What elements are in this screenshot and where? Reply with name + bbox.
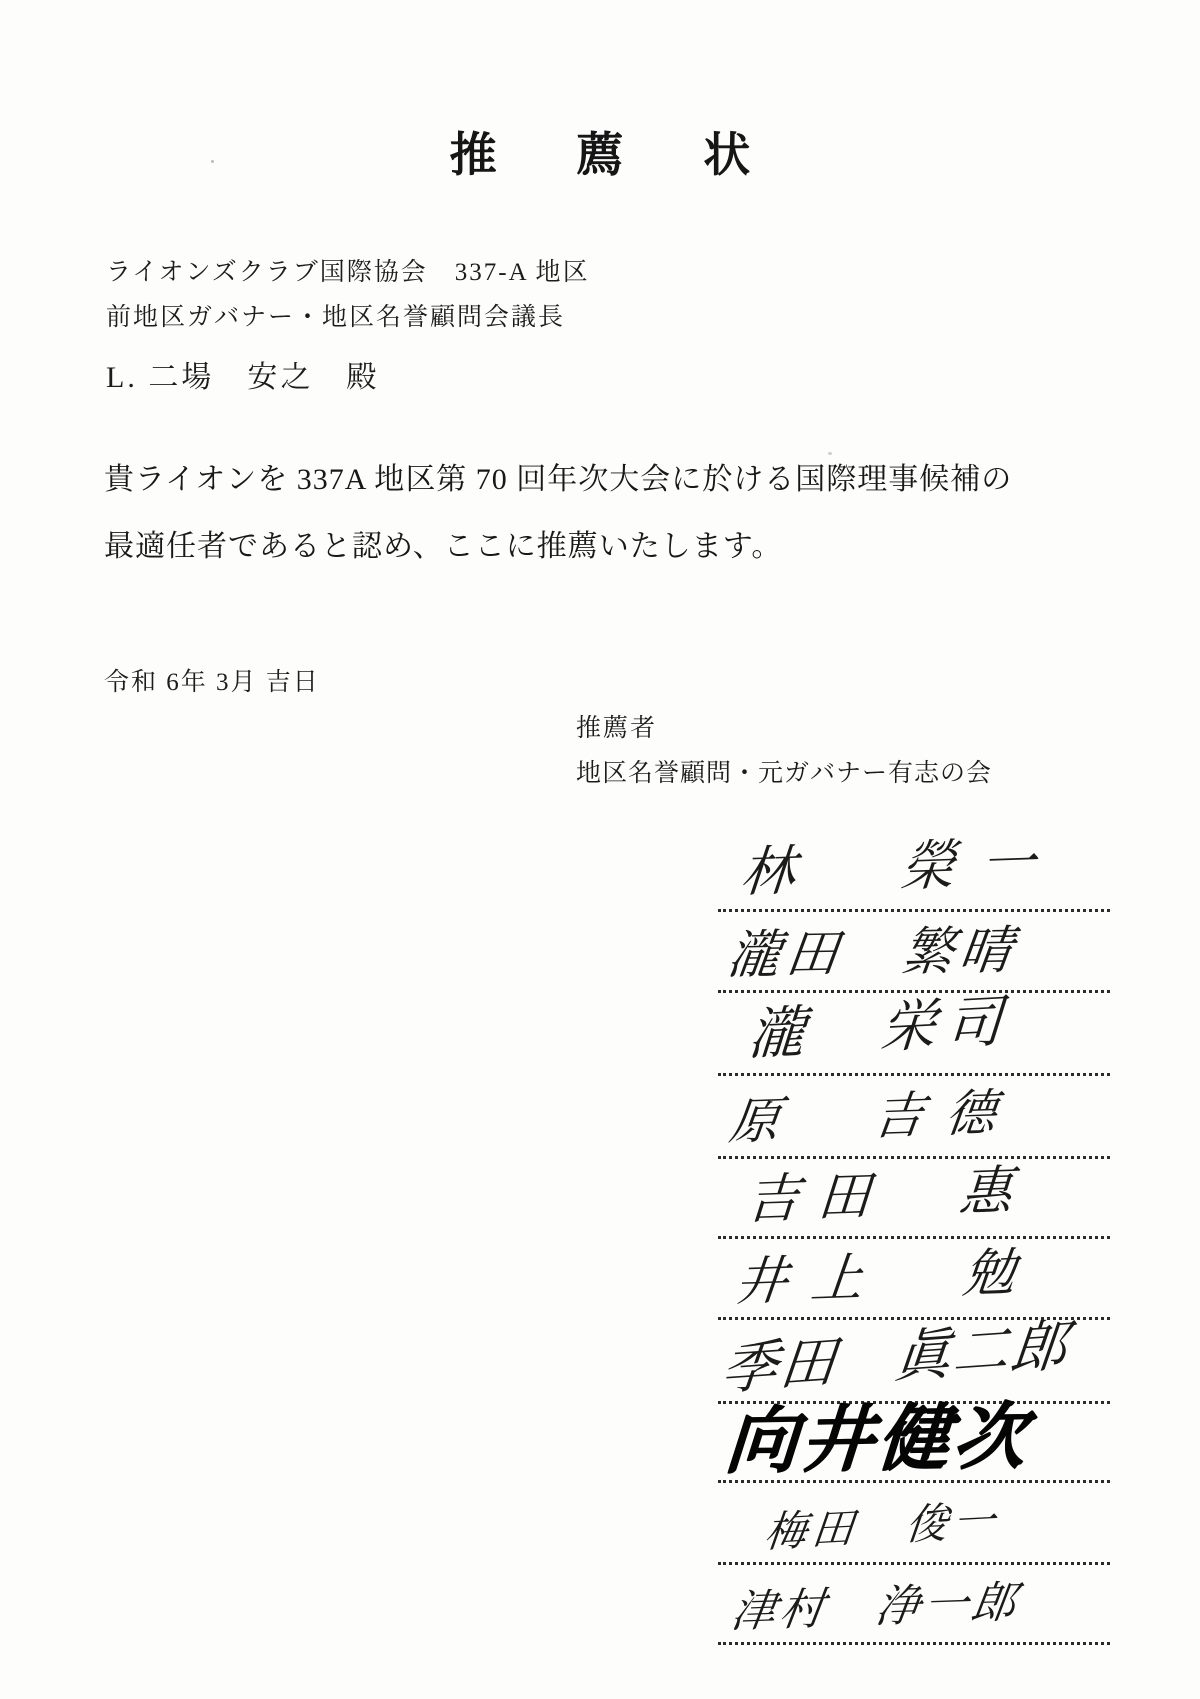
signature-name: 津村 浄一郎	[728, 1566, 1025, 1640]
signature-name: 向井健次	[722, 1378, 1033, 1487]
signature-name: 原 吉德	[726, 1072, 1023, 1154]
signature-name: 梅田 俊一	[762, 1487, 1003, 1560]
recommendation-letter-page: 推 薦 状 ライオンズクラブ国際協会 337-A 地区 前地区ガバナー・地区名誉…	[0, 0, 1200, 1699]
recipient-organization: ライオンズクラブ国際協会 337-A 地区	[106, 252, 590, 288]
body-line-2: 最適任者であると認め、ここに推薦いたします。	[104, 521, 782, 565]
signature-dotted-line	[718, 1480, 1110, 1483]
signature-list: 林 榮一 瀧田 繁晴 瀧 栄司 原 吉德 吉田 惠 井上 勉 季田 眞二郎 向	[718, 790, 1110, 1670]
signature-dotted-line	[718, 1562, 1110, 1565]
signature-dotted-line	[718, 1642, 1110, 1645]
scan-speck	[828, 452, 832, 455]
scan-speck	[211, 160, 214, 163]
signature-name: 吉田 惠	[744, 1148, 1033, 1234]
signature-name: 瀧 栄司	[746, 977, 1015, 1071]
signature-name: 瀧田 繁晴	[724, 908, 1023, 988]
signature-name: 林 榮一	[738, 819, 1065, 907]
date-line: 令和 6年 3月 吉日	[104, 662, 320, 698]
recipient-name: L. 二場 安之 殿	[106, 352, 379, 396]
letter-title: 推 薦 状	[0, 118, 1200, 185]
recommender-group: 地区名誉顧問・元ガバナー有志の会	[576, 753, 992, 789]
recipient-role: 前地区ガバナー・地区名誉顧問会議長	[106, 297, 565, 333]
signature-name: 井上 勉	[732, 1229, 1044, 1315]
body-line-1: 貴ライオンを 337A 地区第 70 回年次大会に於ける国際理事候補の	[104, 454, 1012, 498]
recommender-label: 推薦者	[576, 708, 657, 744]
